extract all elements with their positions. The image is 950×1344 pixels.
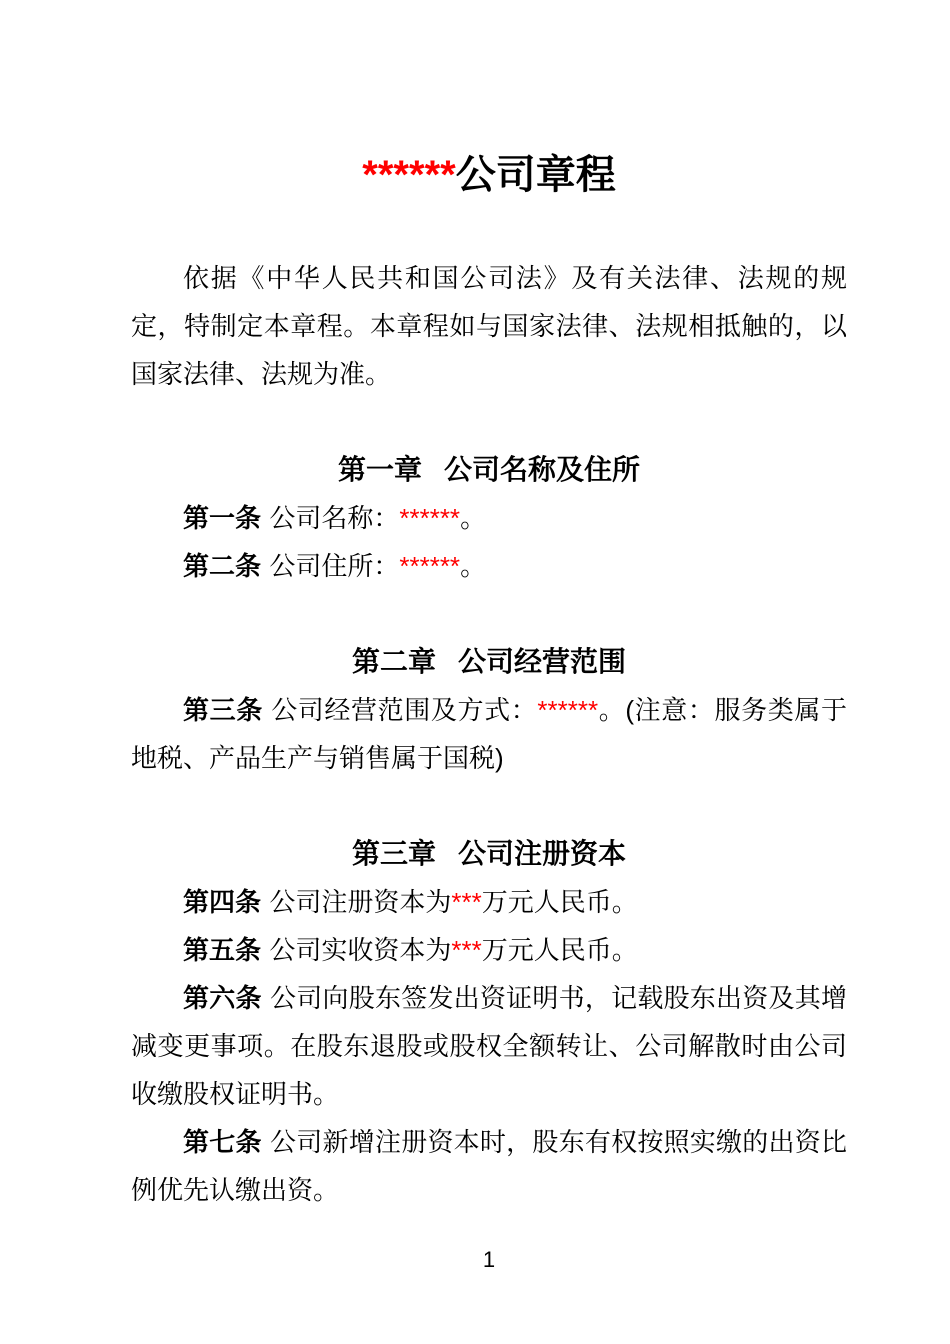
article-4-text-after: 万元人民币。 [482,887,638,917]
article-2-text-after: 。 [460,551,486,581]
document-content: ******公司章程 依据《中华人民共和国公司法》及有关法律、法规的规定，特制定… [0,147,950,1214]
article-3-paragraph: 第三条公司经营范围及方式：******。(注意：服务类属于地税、产品生产与销售属… [131,686,847,782]
chapter-3-title: 公司注册资本 [458,838,626,869]
chapter-3-number: 第三章 [352,838,436,869]
article-5-text: 公司实收资本为 [269,935,451,965]
article-3-label: 第三条 [183,695,271,725]
chapter-1-heading: 第一章公司名称及住所 [131,446,847,494]
chapter-2-heading: 第二章公司经营范围 [131,638,847,686]
article-1-text: 公司名称： [269,503,399,533]
intro-paragraph: 依据《中华人民共和国公司法》及有关法律、法规的规定，特制定本章程。本章程如与国家… [131,254,847,398]
article-4-paragraph: 第四条公司注册资本为***万元人民币。 [131,878,847,926]
article-2-paragraph: 第二条公司住所：******。 [131,542,847,590]
article-2-text: 公司住所： [269,551,399,581]
document-title: ******公司章程 [131,147,847,203]
article-1-text-after: 。 [460,503,486,533]
chapter-3-heading: 第三章公司注册资本 [131,830,847,878]
article-4-text: 公司注册资本为 [269,887,451,917]
article-7-label: 第七条 [183,1127,270,1157]
title-text: 公司章程 [456,153,616,197]
article-5-label: 第五条 [183,935,269,965]
article-4-redacted-value: *** [451,887,481,917]
article-5-redacted-value: *** [451,935,481,965]
chapter-1-title: 公司名称及住所 [444,454,640,485]
title-redacted-value: ****** [362,153,455,197]
chapter-2-number: 第二章 [352,646,436,677]
page-number: 1 [131,1246,847,1274]
article-3-text: 公司经营范围及方式： [271,695,537,725]
article-1-paragraph: 第一条公司名称：******。 [131,494,847,542]
article-6-label: 第六条 [183,983,270,1013]
article-1-label: 第一条 [183,503,269,533]
article-5-paragraph: 第五条公司实收资本为***万元人民币。 [131,926,847,974]
article-2-redacted-value: ****** [399,551,460,581]
article-7-paragraph: 第七条公司新增注册资本时，股东有权按照实缴的出资比例优先认缴出资。 [131,1118,847,1214]
article-6-paragraph: 第六条公司向股东签发出资证明书，记载股东出资及其增减变更事项。在股东退股或股权全… [131,974,847,1118]
article-2-label: 第二条 [183,551,269,581]
chapter-1-number: 第一章 [338,454,422,485]
article-5-text-after: 万元人民币。 [482,935,638,965]
document-page: ******公司章程 依据《中华人民共和国公司法》及有关法律、法规的规定，特制定… [0,0,950,1344]
chapter-2-title: 公司经营范围 [458,646,626,677]
article-3-redacted-value: ****** [537,695,598,725]
article-4-label: 第四条 [183,887,269,917]
article-1-redacted-value: ****** [399,503,460,533]
